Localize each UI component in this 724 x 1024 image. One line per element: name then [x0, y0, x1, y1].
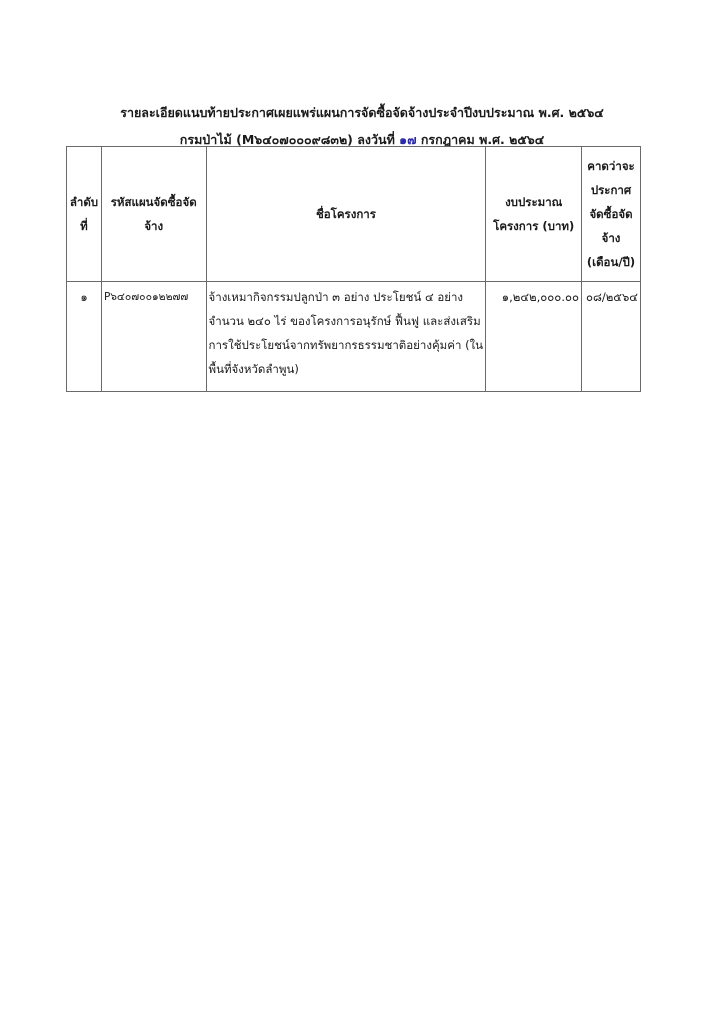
- column-header-no: ลำดับที่: [67, 147, 102, 282]
- cell-code: P๖๔๐๗๐๐๑๒๒๗๗: [101, 282, 206, 392]
- subtitle-day: ๑๗: [399, 132, 416, 147]
- column-header-budget: งบประมาณโครงการ (บาท): [486, 147, 582, 282]
- column-header-project: ชื่อโครงการ: [206, 147, 486, 282]
- table-row: ๑ P๖๔๐๗๐๐๑๒๒๗๗ จ้างเหมากิจกรรมปลูกป่า ๓ …: [67, 282, 641, 392]
- column-header-code: รหัสแผนจัดซื้อจัดจ้าง: [101, 147, 206, 282]
- table-header-row: ลำดับที่ รหัสแผนจัดซื้อจัดจ้าง ชื่อโครงก…: [67, 147, 641, 282]
- document-title: รายละเอียดแนบท้ายประกาศเผยแพร่แผนการจัดซ…: [0, 103, 724, 123]
- procurement-table: ลำดับที่ รหัสแผนจัดซื้อจัดจ้าง ชื่อโครงก…: [66, 146, 641, 392]
- cell-project: จ้างเหมากิจกรรมปลูกป่า ๓ อย่าง ประโยชน์ …: [206, 282, 486, 392]
- subtitle-suffix: กรกฎาคม พ.ศ. ๒๕๖๔: [417, 132, 545, 147]
- cell-no: ๑: [67, 282, 102, 392]
- column-header-expected: คาดว่าจะประกาศจัดซื้อจัดจ้าง (เดือน/ปี): [582, 147, 641, 282]
- subtitle-prefix: กรมป่าไม้ (M๖๔๐๗๐๐๐๙๘๓๒) ลงวันที่: [180, 132, 399, 147]
- cell-budget: ๑,๒๔๒,๐๐๐.๐๐: [486, 282, 582, 392]
- cell-expected: ๐๘/๒๕๖๔: [582, 282, 641, 392]
